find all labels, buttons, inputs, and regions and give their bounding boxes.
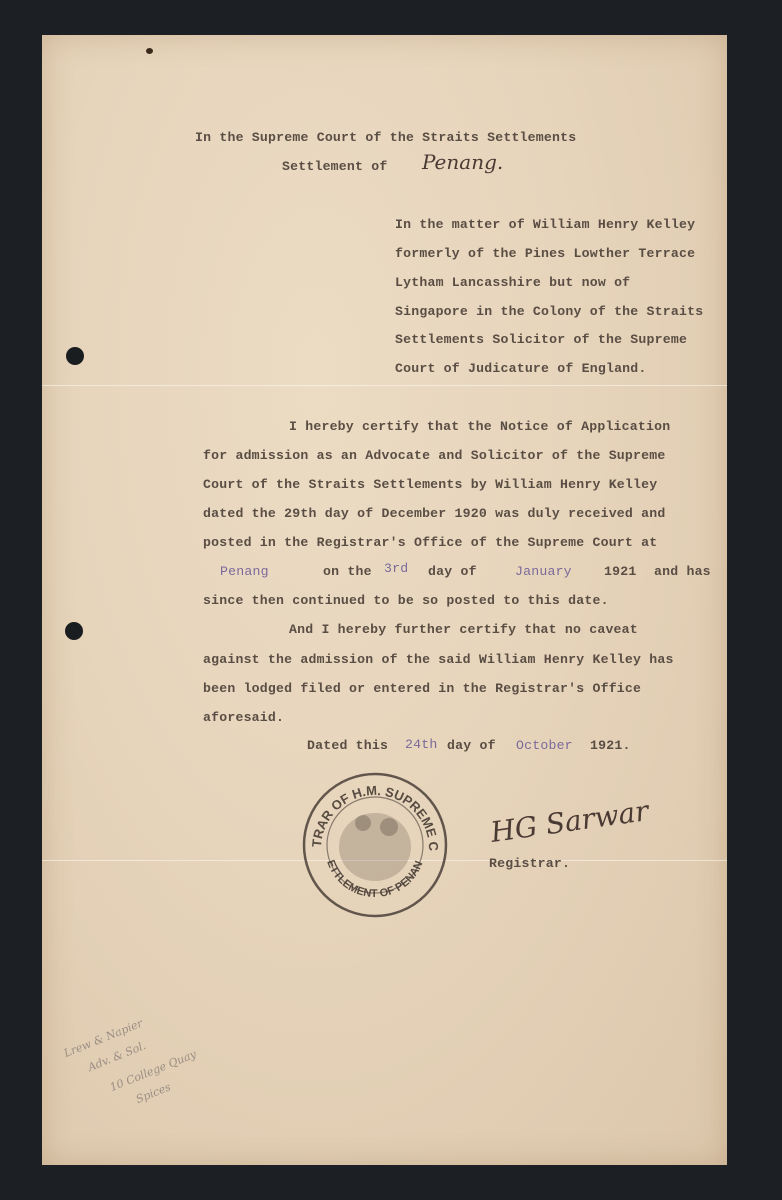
matter-line: Court of Judicature of England.: [395, 361, 647, 377]
dated-day: 24th: [405, 737, 437, 753]
dated-month: October: [516, 738, 573, 754]
posting-day: 3rd: [384, 561, 408, 577]
settlement-label: Settlement of: [282, 159, 387, 175]
court-seal-icon: REGISTRAR OF H.M. SUPREME COURT SETTLEME…: [301, 771, 449, 919]
dated-prefix: Dated this: [307, 738, 388, 754]
certify-line: Court of the Straits Settlements by Will…: [203, 477, 657, 493]
fold-line: [42, 385, 727, 386]
matter-line: formerly of the Pines Lowther Terrace: [395, 246, 695, 262]
matter-line: Singapore in the Colony of the Straits: [395, 304, 703, 320]
dated-year: 1921.: [590, 738, 631, 754]
certify-line: for admission as an Advocate and Solicit…: [203, 448, 666, 464]
posting-place: Penang: [220, 564, 269, 580]
certify-line: dated the 29th day of December 1920 was …: [203, 506, 666, 522]
court-header: In the Supreme Court of the Straits Sett…: [195, 130, 576, 146]
punch-hole: [65, 622, 83, 640]
ink-spot: [146, 48, 153, 54]
certify-line: posted in the Registrar's Office of the …: [203, 535, 657, 551]
certify-line: I hereby certify that the Notice of Appl…: [289, 419, 670, 435]
dated-day-of: day of: [447, 738, 496, 754]
punch-hole: [66, 347, 84, 365]
posting-tail: and has: [654, 564, 711, 580]
signature-title: Registrar.: [489, 856, 570, 872]
further-line: been lodged filed or entered in the Regi…: [203, 681, 641, 697]
posting-on-the: on the: [323, 564, 372, 580]
continued-line: since then continued to be so posted to …: [203, 593, 609, 609]
further-line: against the admission of the said Willia…: [203, 652, 674, 668]
posting-month: January: [515, 564, 572, 580]
posting-year: 1921: [604, 564, 636, 580]
settlement-handwritten: Penang.: [422, 150, 503, 174]
posting-day-of: day of: [428, 564, 477, 580]
matter-line: Settlements Solicitor of the Supreme: [395, 332, 687, 348]
further-line: And I hereby further certify that no cav…: [289, 622, 638, 638]
further-line: aforesaid.: [203, 710, 284, 726]
matter-line: Lytham Lancasshire but now of: [395, 275, 630, 291]
matter-line: In the matter of William Henry Kelley: [395, 217, 695, 233]
